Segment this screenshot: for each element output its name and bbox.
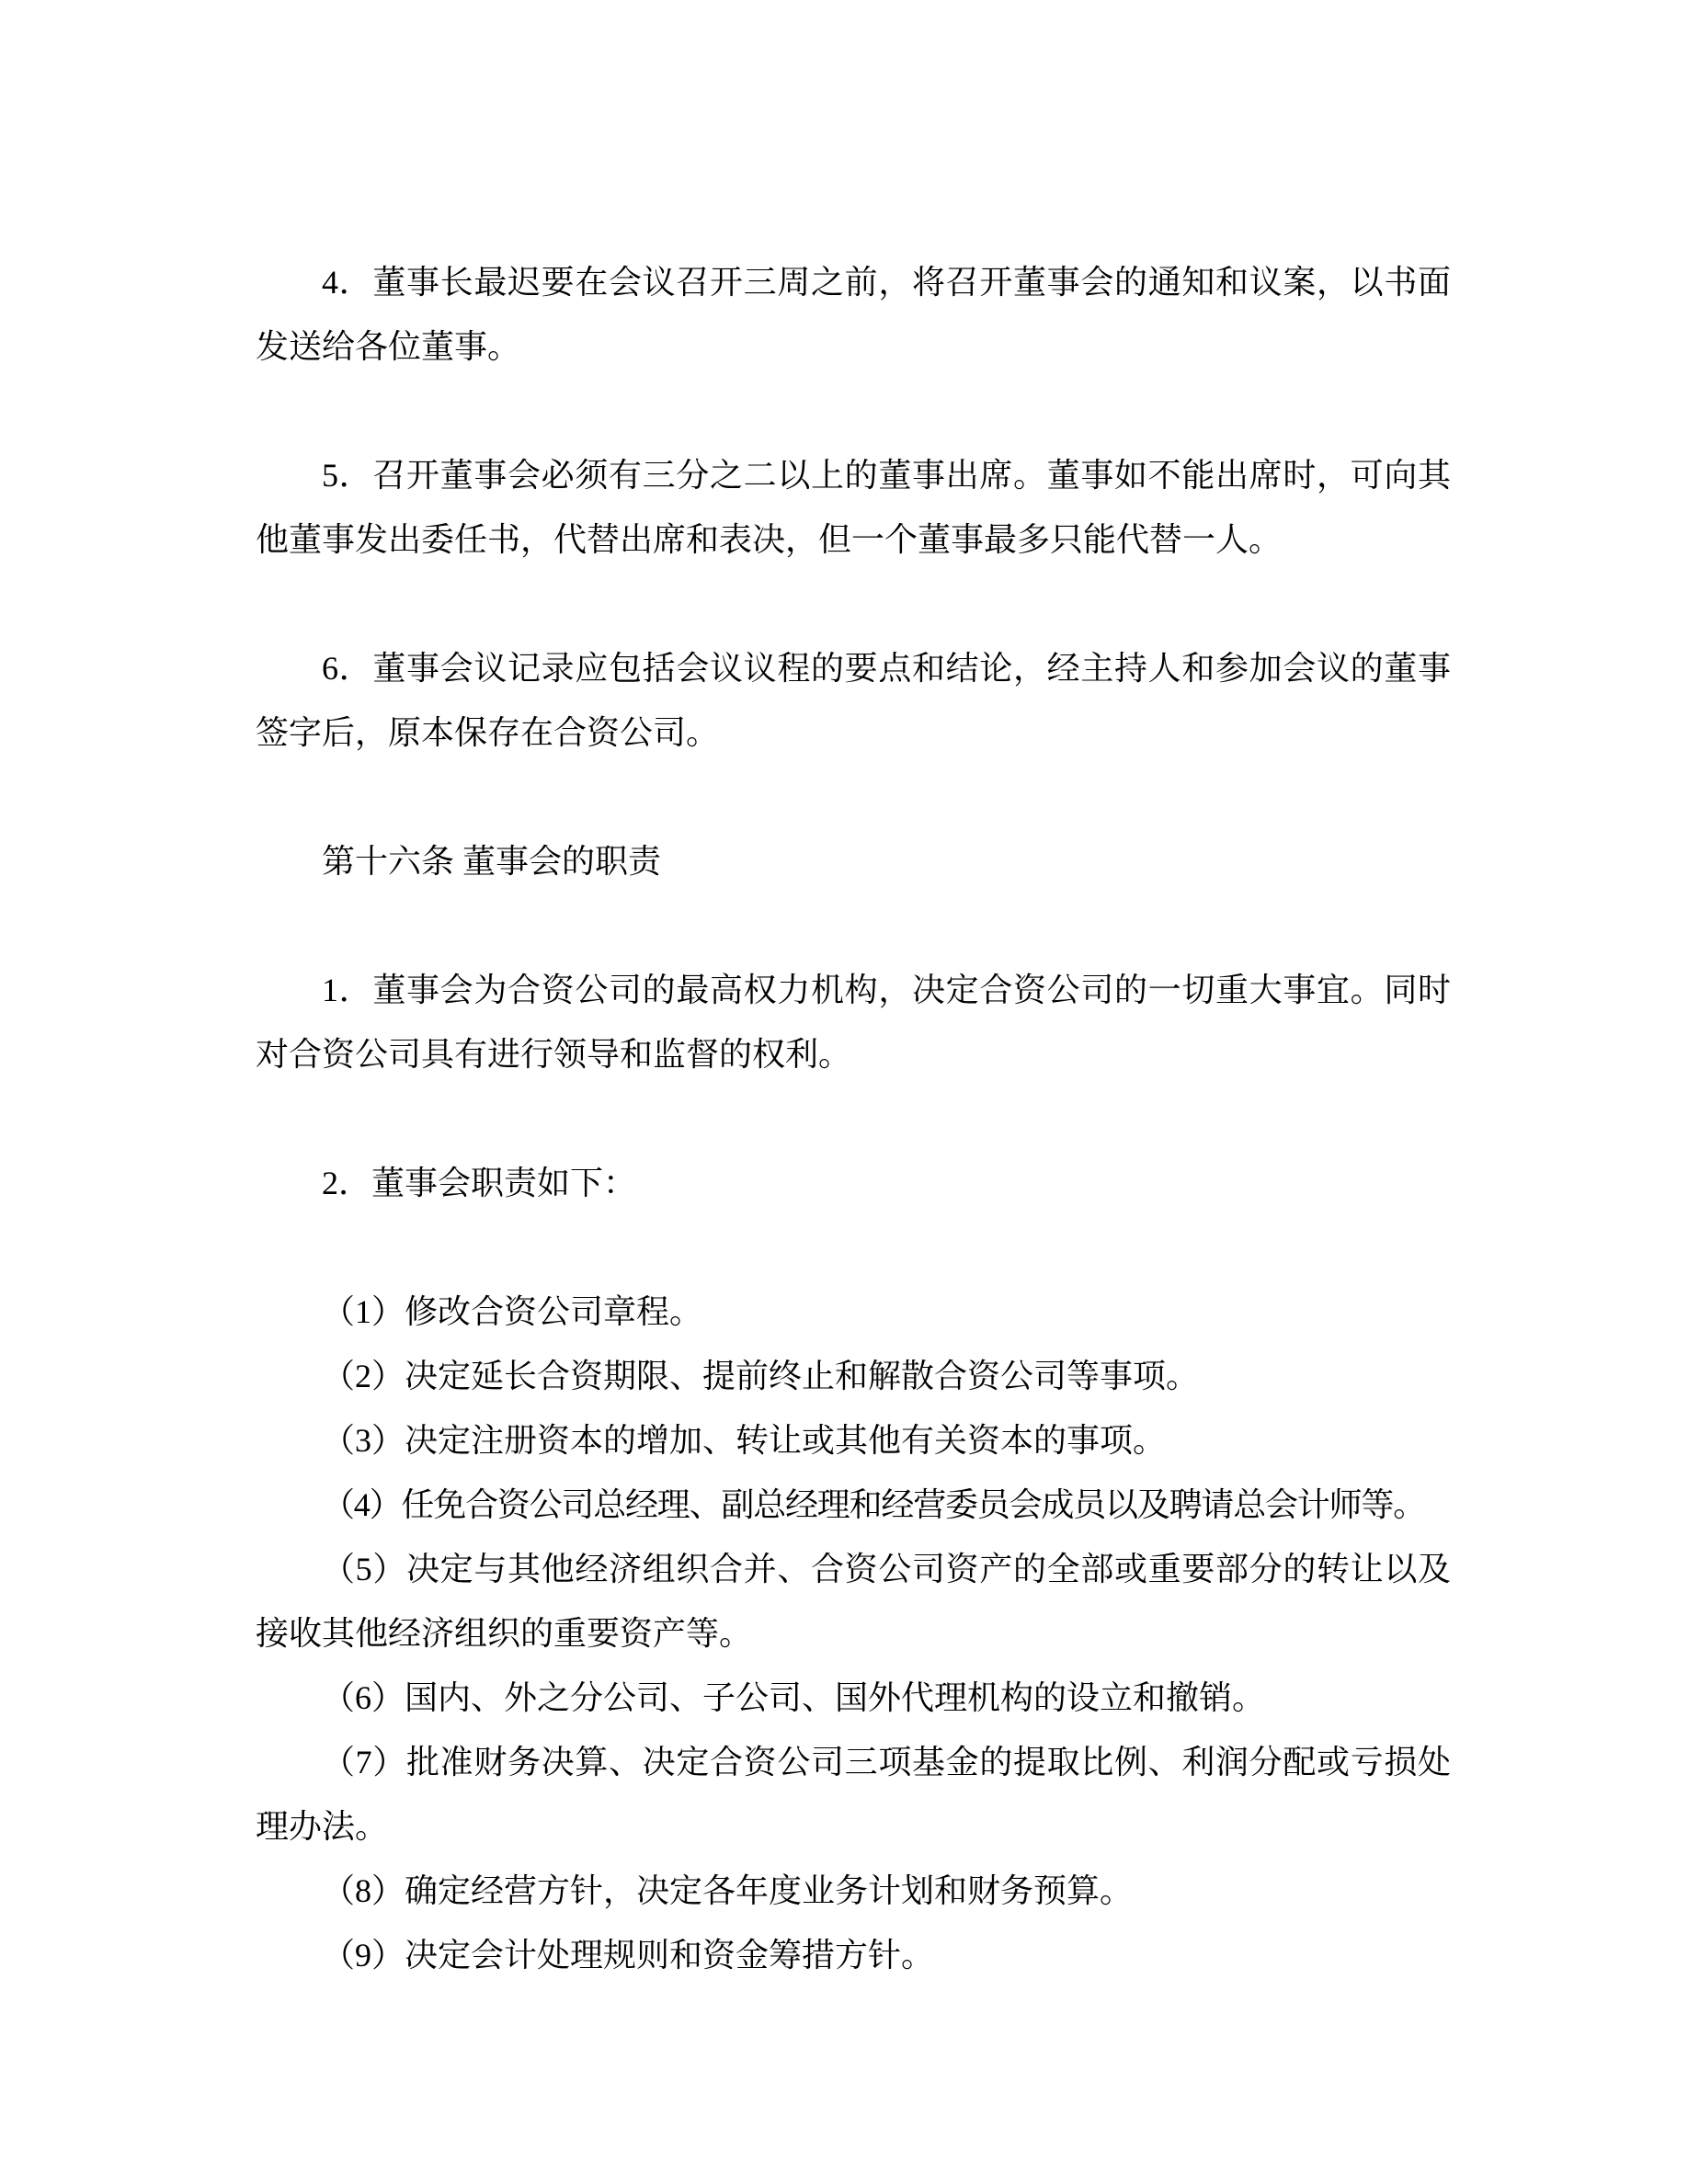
text-line: 他董事发出委任书，代替出席和表决，但一个董事最多只能代替一人。 bbox=[256, 507, 1451, 572]
duties-list: （1）修改合资公司章程。（2）决定延长合资期限、提前终止和解散合资公司等事项。（… bbox=[256, 1280, 1451, 1987]
text-line: 6．董事会议记录应包括会议议程的要点和结论，经主持人和参加会议的董事 bbox=[256, 636, 1451, 700]
text-line: （2）决定延长合资期限、提前终止和解散合资公司等事项。 bbox=[256, 1344, 1451, 1408]
document-content: 4．董事长最迟要在会议召开三周之前，将召开董事会的通知和议案，以书面发送给各位董… bbox=[256, 250, 1451, 1987]
text-line: 接收其他经济组织的重要资产等。 bbox=[256, 1601, 1451, 1666]
text-line: （7）批准财务决算、决定合资公司三项基金的提取比例、利润分配或亏损处 bbox=[256, 1730, 1451, 1794]
text-line: 5．召开董事会必须有三分之二以上的董事出席。董事如不能出席时，可向其 bbox=[256, 443, 1451, 507]
text-line: 理办法。 bbox=[256, 1794, 1451, 1859]
text-line: 2．董事会职责如下： bbox=[256, 1151, 1451, 1215]
paragraph-5: 5．召开董事会必须有三分之二以上的董事出席。董事如不能出席时，可向其他董事发出委… bbox=[256, 443, 1451, 572]
text-line: （5）决定与其他经济组织合并、合资公司资产的全部或重要部分的转让以及 bbox=[256, 1537, 1451, 1601]
text-line: （8）确定经营方针，决定各年度业务计划和财务预算。 bbox=[256, 1859, 1451, 1923]
text-line: （1）修改合资公司章程。 bbox=[256, 1280, 1451, 1344]
article-16-heading: 第十六条 董事会的职责 bbox=[256, 829, 1451, 893]
text-line: 对合资公司具有进行领导和监督的权利。 bbox=[256, 1022, 1451, 1086]
text-line: 1．董事会为合资公司的最高权力机构，决定合资公司的一切重大事宜。同时 bbox=[256, 958, 1451, 1022]
text-line: 发送给各位董事。 bbox=[256, 314, 1451, 379]
text-line: （3）决定注册资本的增加、转让或其他有关资本的事项。 bbox=[256, 1408, 1451, 1473]
paragraph-6: 6．董事会议记录应包括会议议程的要点和结论，经主持人和参加会议的董事签字后，原本… bbox=[256, 636, 1451, 765]
paragraph-1: 1．董事会为合资公司的最高权力机构，决定合资公司的一切重大事宜。同时对合资公司具… bbox=[256, 958, 1451, 1086]
text-line: （4）任免合资公司总经理、副总经理和经营委员会成员以及聘请总会计师等。 bbox=[256, 1473, 1451, 1537]
document-page: 4．董事长最迟要在会议召开三周之前，将召开董事会的通知和议案，以书面发送给各位董… bbox=[0, 0, 1688, 2184]
text-line: （6）国内、外之分公司、子公司、国外代理机构的设立和撤销。 bbox=[256, 1666, 1451, 1730]
paragraph-4: 4．董事长最迟要在会议召开三周之前，将召开董事会的通知和议案，以书面发送给各位董… bbox=[256, 250, 1451, 379]
paragraph-2-intro: 2．董事会职责如下： bbox=[256, 1151, 1451, 1215]
text-line: 第十六条 董事会的职责 bbox=[256, 829, 1451, 893]
text-line: 4．董事长最迟要在会议召开三周之前，将召开董事会的通知和议案，以书面 bbox=[256, 250, 1451, 314]
text-line: （9）决定会计处理规则和资金筹措方针。 bbox=[256, 1923, 1451, 1987]
text-line: 签字后，原本保存在合资公司。 bbox=[256, 700, 1451, 765]
